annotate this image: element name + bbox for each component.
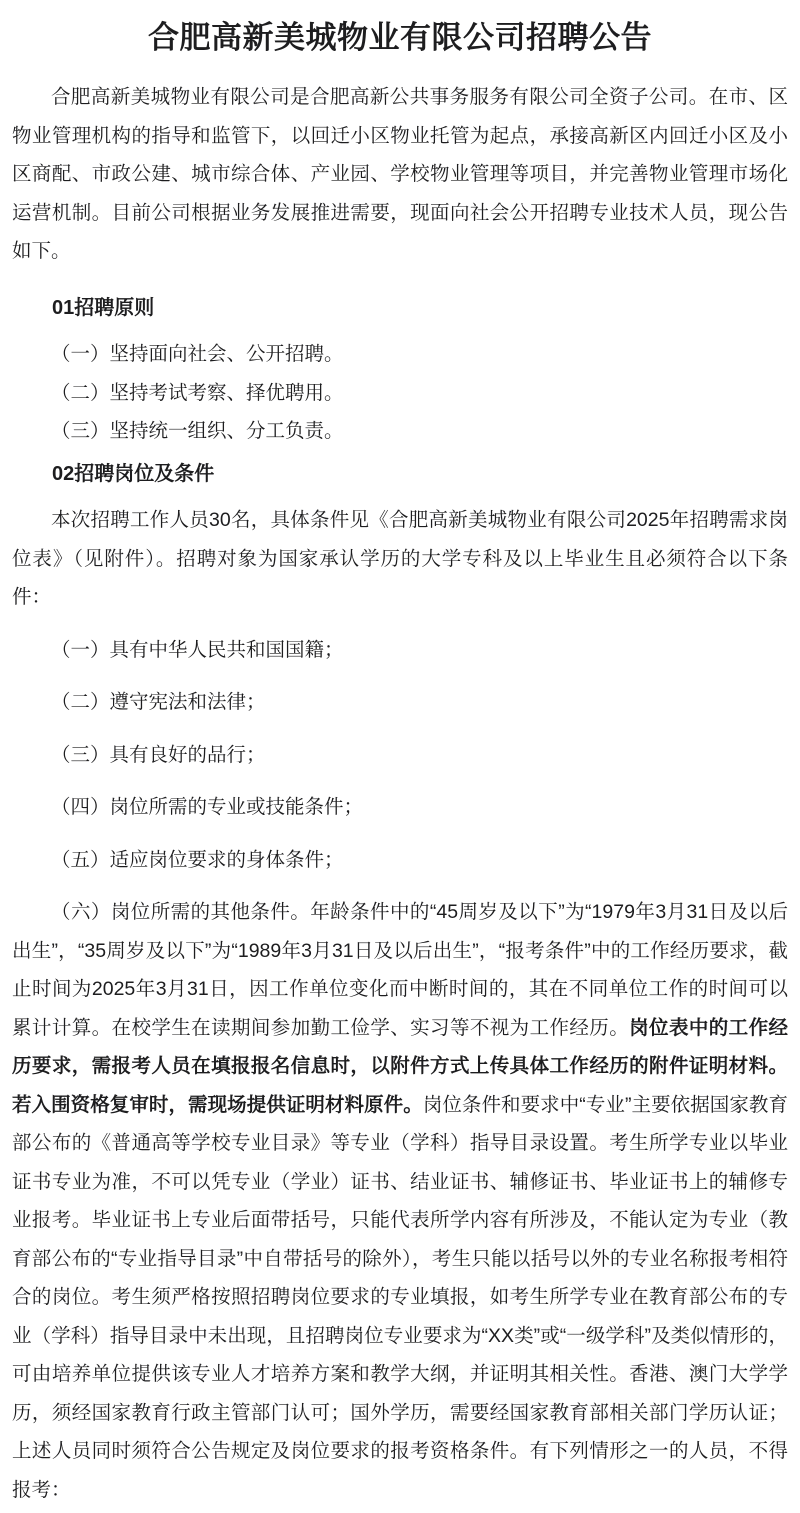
- condition-item-2: （二）遵守宪法和法律；: [12, 683, 788, 722]
- section-1-heading: 01招聘原则: [12, 289, 788, 328]
- condition-item-4: （四）岗位所需的专业或技能条件；: [12, 788, 788, 827]
- condition-item-6-text-end: 岗位条件和要求中“专业”主要依据国家教育部公布的《普通高等学校专业目录》等专业（…: [12, 1094, 788, 1501]
- condition-item-1: （一）具有中华人民共和国国籍；: [12, 631, 788, 670]
- section-2-intro-paragraph: 本次招聘工作人员30名，具体条件见《合肥高新美城物业有限公司2025年招聘需求岗…: [12, 501, 788, 617]
- principle-item-2: （二）坚持考试考察、择优聘用。: [12, 374, 788, 413]
- announcement-document: 合肥高新美城物业有限公司招聘公告 合肥高新美城物业有限公司是合肥高新公共事务服务…: [0, 0, 800, 1513]
- principle-item-1: （一）坚持面向社会、公开招聘。: [12, 335, 788, 374]
- condition-item-6: （六）岗位所需的其他条件。年龄条件中的“45周岁及以下”为“1979年3月31日…: [12, 893, 788, 1509]
- page-title: 合肥高新美城物业有限公司招聘公告: [12, 16, 788, 60]
- condition-item-3: （三）具有良好的品行；: [12, 736, 788, 775]
- company-intro-paragraph: 合肥高新美城物业有限公司是合肥高新公共事务服务有限公司全资子公司。在市、区物业管…: [12, 78, 788, 271]
- condition-item-5: （五）适应岗位要求的身体条件；: [12, 841, 788, 880]
- principle-item-3: （三）坚持统一组织、分工负责。: [12, 412, 788, 451]
- section-2-heading: 02招聘岗位及条件: [12, 455, 788, 494]
